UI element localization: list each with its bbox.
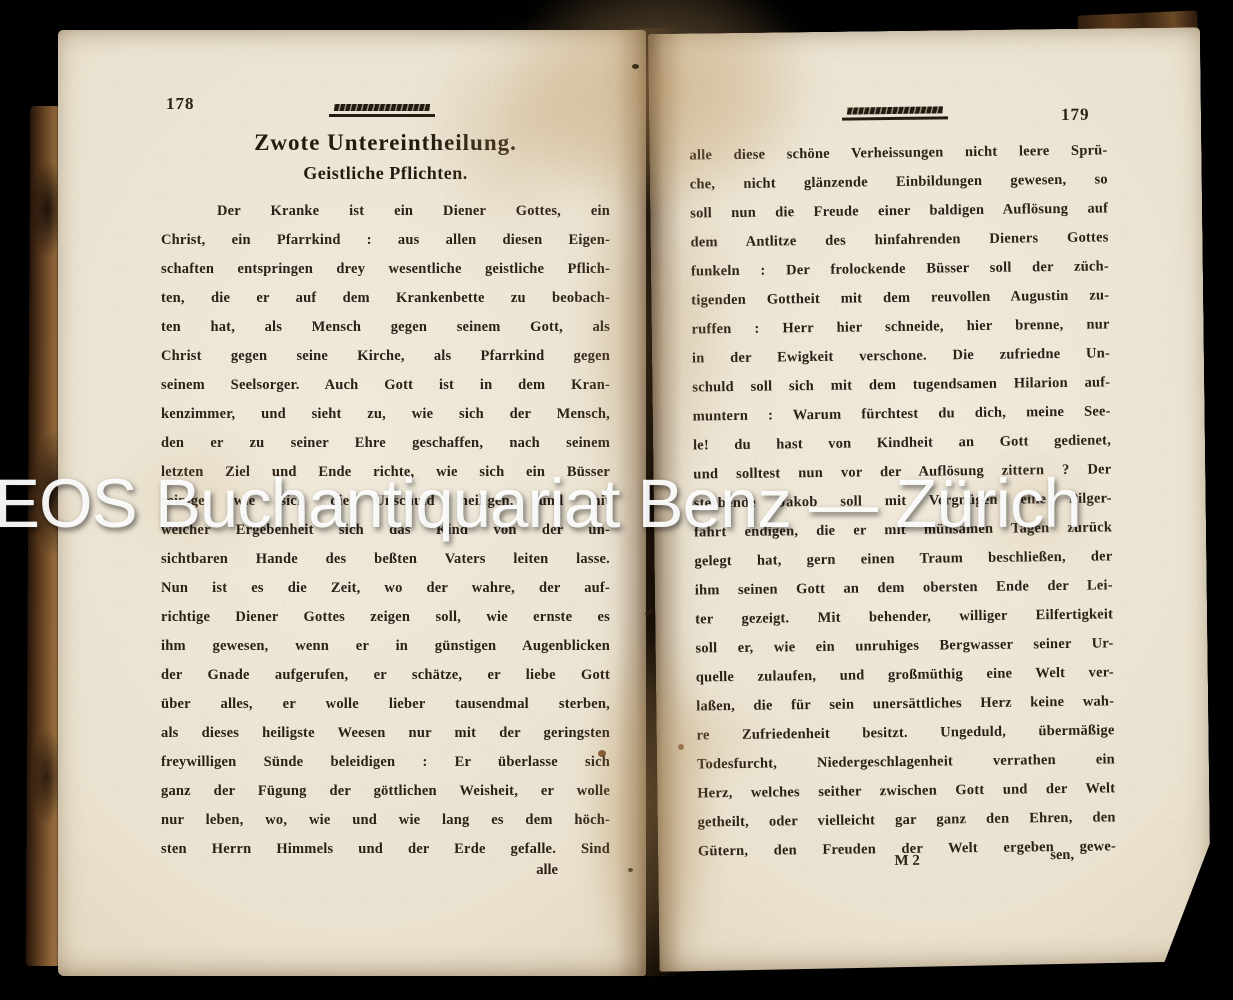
text-line: Der Kranke ist ein Diener Gottes, ein	[161, 197, 610, 226]
text-line: seinem Seelsorger. Auch Gott ist in dem …	[161, 371, 610, 400]
text-line: ten, die er auf dem Krankenbette zu beob…	[161, 284, 610, 313]
book-photo: 178 Zwote Untereintheilung. Geistliche P…	[0, 0, 1233, 1000]
text-line: richtige Diener Gottes zeigen soll, wie …	[161, 603, 610, 632]
section-headings: Zwote Untereintheilung. Geistliche Pflic…	[161, 130, 610, 184]
text-line: über alles, er wolle lieber tausendmal s…	[161, 690, 610, 719]
text-line: kenzimmer, und sieht zu, wie sich der Me…	[161, 400, 610, 429]
section-subheading: Geistliche Pflichten.	[161, 163, 610, 184]
text-line: sten Herrn Himmels und der Erde gefalle.…	[161, 835, 610, 864]
text-line: ihm gewesen, wenn er in günstigen Augenb…	[161, 632, 610, 661]
right-catchword: sen,	[1050, 847, 1074, 864]
watermark-text: EOS Buchantiquariat Benz — Zürich	[0, 464, 1233, 543]
text-line: Nun ist es die Zeit, wo der wahre, der a…	[161, 574, 610, 603]
section-heading: Zwote Untereintheilung.	[161, 130, 610, 156]
text-line: Christ gegen seine Kirche, als Pfarrkind…	[161, 342, 610, 371]
page-number-178: 178	[166, 94, 195, 114]
ornament-rule-thick	[847, 106, 943, 114]
text-line: der Gnade aufgerufen, er schätze, er lie…	[161, 661, 610, 690]
text-line: ganz der Fügung der göttlichen Weisheit,…	[161, 777, 610, 806]
ornament-rule-left	[334, 104, 435, 117]
text-line: schaften entspringen drey wesentliche ge…	[161, 255, 610, 284]
text-line: sichtbaren Hande des beßten Vaters leite…	[161, 545, 610, 574]
text-line: freywilligen Sünde beleidigen : Er überl…	[161, 748, 610, 777]
ornament-rule-thick	[334, 104, 430, 111]
page-number-179: 179	[1061, 105, 1090, 125]
text-line: nur leben, wo, wie und wie lang es dem h…	[161, 806, 610, 835]
text-line: als dieses heiligste Weesen nur mit der …	[161, 719, 610, 748]
left-catchword: alle	[161, 862, 610, 879]
foxing-dot	[678, 744, 684, 750]
text-line: den er zu seiner Ehre geschaffen, nach s…	[161, 429, 610, 458]
ornament-rule-thin	[842, 116, 948, 120]
ornament-rule-right	[847, 106, 948, 120]
text-line: Christ, ein Pfarrkind : aus allen diesen…	[161, 226, 610, 255]
foxing-dot	[632, 64, 639, 69]
right-page-footer: M 2 sen,	[698, 850, 1116, 879]
text-line: ten hat, als Mensch gegen seinem Gott, a…	[161, 313, 610, 342]
ornament-rule-thin	[329, 114, 435, 117]
foxing-dot	[628, 868, 633, 872]
foxing-dot	[598, 750, 606, 757]
